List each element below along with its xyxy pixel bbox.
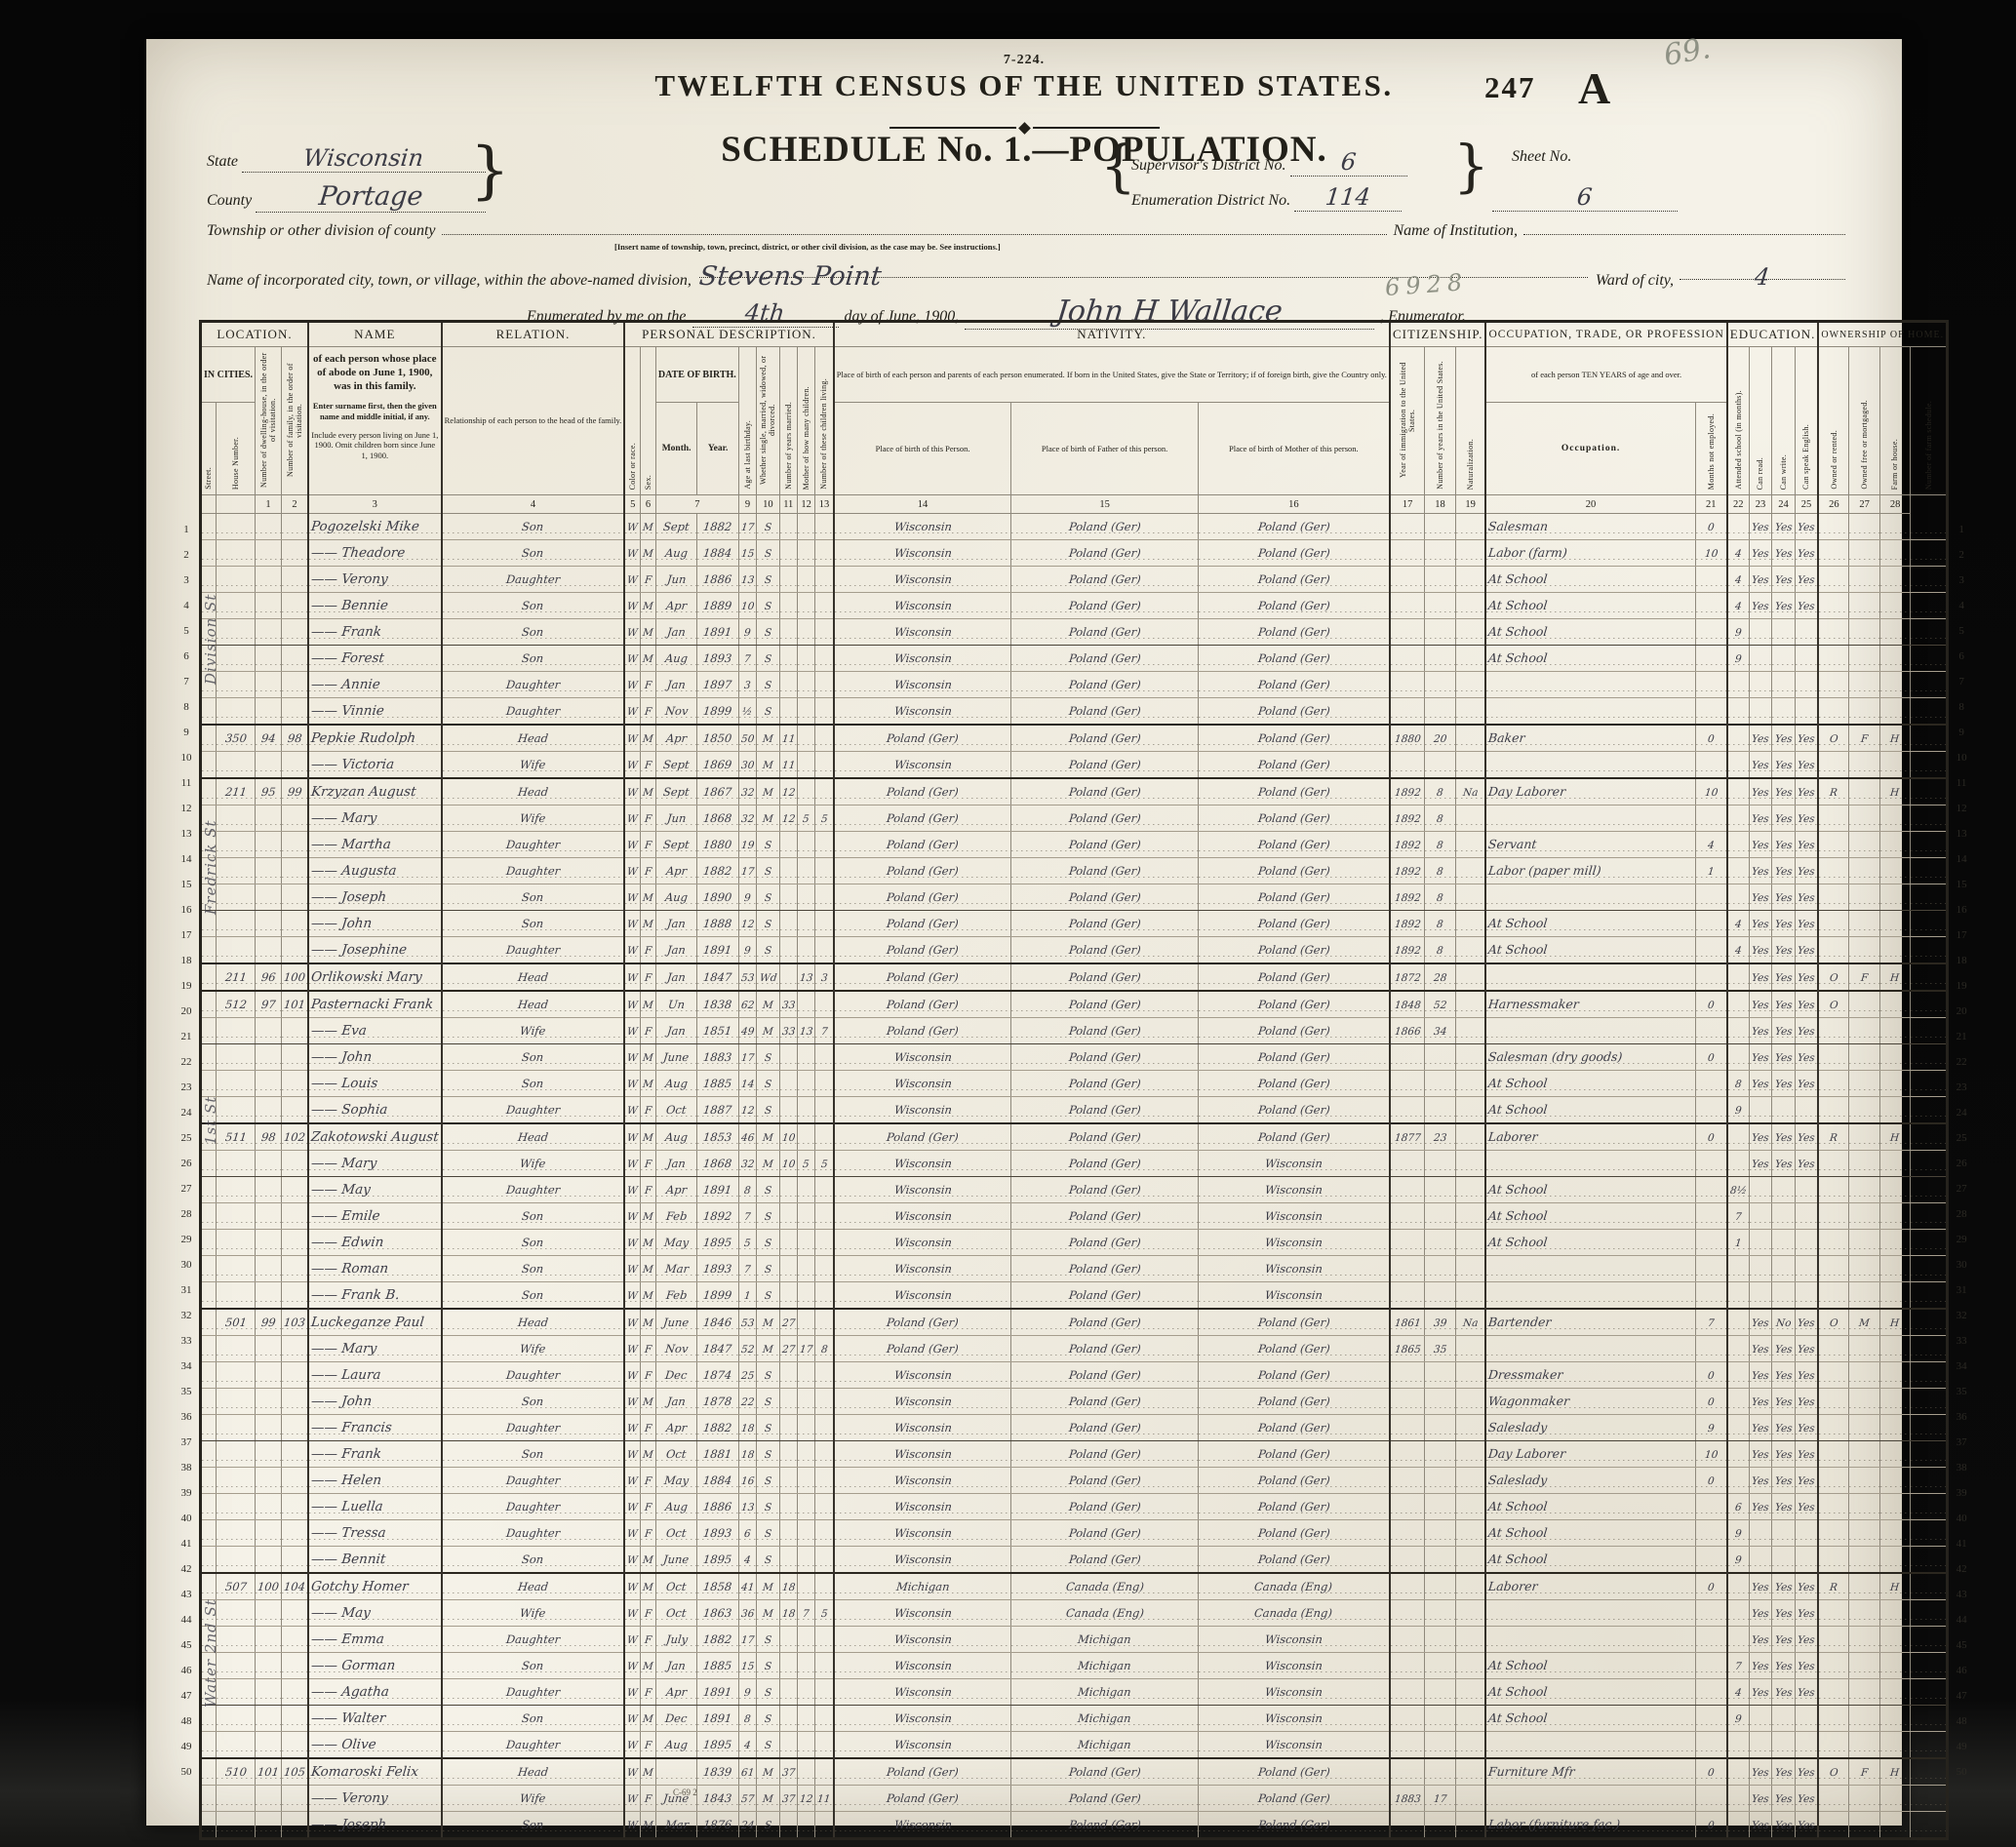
table-row: —— JosephineDaughterWFJan18919SPoland (G… xyxy=(201,937,1948,964)
cell-pob: Poland (Ger) xyxy=(834,1758,1011,1786)
cell-sch xyxy=(1727,1044,1750,1071)
cell-fh xyxy=(1879,1177,1910,1203)
cell-sex: M xyxy=(641,593,656,619)
cell-dw xyxy=(256,1520,282,1547)
cell-pob: Poland (Ger) xyxy=(834,911,1011,937)
cell-rel: Son xyxy=(442,911,625,937)
cell-fs xyxy=(1911,1653,1948,1679)
row-number: 15 xyxy=(1949,872,1974,897)
cell-own xyxy=(1818,1230,1848,1256)
cell-age: 1 xyxy=(738,1282,756,1310)
cell-fh xyxy=(1879,911,1910,937)
cell-bmo: Apr xyxy=(655,593,696,619)
cell-cl xyxy=(815,593,834,619)
cell-fam xyxy=(281,1468,307,1494)
cell-yus xyxy=(1425,752,1455,779)
cell-en: Yes xyxy=(1795,1415,1818,1441)
cell-yus xyxy=(1425,1071,1455,1097)
cell-fam xyxy=(281,937,307,964)
row-number: 44 xyxy=(174,1607,199,1632)
row-number: 22 xyxy=(174,1049,199,1075)
cell-cl xyxy=(815,911,834,937)
cell-byr: 1868 xyxy=(697,1151,738,1177)
cell-occ: Labor (furniture fac.) xyxy=(1485,1812,1695,1839)
cell-ym xyxy=(779,1468,797,1494)
cell-dw xyxy=(256,1812,282,1839)
column-number: 21 xyxy=(1695,495,1727,514)
cell-bmo: Jan xyxy=(655,1653,696,1679)
table-row: —— TheadoreSonWMAug188415SWisconsinPolan… xyxy=(201,540,1948,567)
cell-age: 10 xyxy=(738,593,756,619)
cell-pm: Poland (Ger) xyxy=(1198,514,1390,540)
row-number: 21 xyxy=(1949,1024,1974,1049)
cell-own xyxy=(1818,672,1848,698)
cell-fs xyxy=(1911,593,1948,619)
cell-rd: Yes xyxy=(1749,1044,1771,1071)
county-label: County xyxy=(207,192,252,209)
cell-name: —— Helen xyxy=(308,1468,442,1494)
cell-mc xyxy=(797,540,814,567)
cell-fam xyxy=(281,1044,307,1071)
cell-sch: 6 xyxy=(1727,1494,1750,1520)
cell-occ: At School xyxy=(1485,1520,1695,1547)
cell-wr: Yes xyxy=(1772,1812,1795,1839)
row-number: 12 xyxy=(1949,796,1974,821)
cell-pob: Poland (Ger) xyxy=(834,806,1011,832)
cell-fam xyxy=(281,832,307,858)
cell-sch xyxy=(1727,1812,1750,1839)
cell-rd: Yes xyxy=(1749,858,1771,884)
cell-ofm xyxy=(1849,1600,1879,1627)
cell-en: Yes xyxy=(1795,567,1818,593)
cell-fs xyxy=(1911,858,1948,884)
cell-yus xyxy=(1425,1230,1455,1256)
cell-pf: Poland (Ger) xyxy=(1011,1547,1198,1574)
cell-mne xyxy=(1695,593,1727,619)
cell-fh xyxy=(1879,1415,1910,1441)
cell-mc xyxy=(797,1573,814,1600)
cell-en: Yes xyxy=(1795,778,1818,806)
row-number: 29 xyxy=(1949,1227,1974,1252)
table-row: —— MaryWifeWFJan186832M1055WisconsinPola… xyxy=(201,1151,1948,1177)
cell-dw xyxy=(256,1203,282,1230)
cell-name: —— John xyxy=(308,1389,442,1415)
cell-rd: Yes xyxy=(1749,1389,1771,1415)
cell-wr: Yes xyxy=(1772,1679,1795,1706)
cell-imm xyxy=(1390,698,1425,726)
cell-fam xyxy=(281,1547,307,1574)
row-number: 26 xyxy=(174,1151,199,1176)
cell-sch xyxy=(1727,1732,1750,1759)
cell-bmo: Sept xyxy=(655,514,696,540)
cell-sex: F xyxy=(641,1679,656,1706)
cell-age: 62 xyxy=(738,991,756,1018)
cell-own: R xyxy=(1818,1123,1848,1151)
cell-pf: Canada (Eng) xyxy=(1011,1600,1198,1627)
cell-own xyxy=(1818,1282,1848,1310)
cell-ofm xyxy=(1849,1653,1879,1679)
cell-rd xyxy=(1749,1203,1771,1230)
cell-occ: Harnessmaker xyxy=(1485,991,1695,1018)
cell-rd xyxy=(1749,1732,1771,1759)
cell-own xyxy=(1818,937,1848,964)
column-number: 17 xyxy=(1390,495,1425,514)
cell-pf: Poland (Ger) xyxy=(1011,1071,1198,1097)
cell-own xyxy=(1818,1786,1848,1812)
header-farm-schedule: Number of farm schedule. xyxy=(1911,347,1948,495)
cell-dw xyxy=(256,540,282,567)
cell-ofm xyxy=(1849,1151,1879,1177)
cell-cl xyxy=(815,1706,834,1732)
cell-fs xyxy=(1911,1573,1948,1600)
header-relation-detail: Relationship of each person to the head … xyxy=(442,347,625,495)
cell-sex: F xyxy=(641,1520,656,1547)
cell-own xyxy=(1818,1336,1848,1362)
cell-byr: 1893 xyxy=(697,1256,738,1282)
cell-fs xyxy=(1911,619,1948,646)
cell-ym: 37 xyxy=(779,1786,797,1812)
cell-ym: 37 xyxy=(779,1758,797,1786)
cell-own: O xyxy=(1818,725,1848,752)
cell-bmo: Oct xyxy=(655,1441,696,1468)
cell-byr: 1850 xyxy=(697,725,738,752)
cell-yus: 52 xyxy=(1425,991,1455,1018)
cell-dw: 94 xyxy=(256,725,282,752)
cell-house: 507 xyxy=(217,1573,256,1600)
cell-race: W xyxy=(624,725,640,752)
table-row: —— WalterSonWMDec18918SWisconsinMichigan… xyxy=(201,1706,1948,1732)
cell-rel: Son xyxy=(442,884,625,911)
cell-yus: 8 xyxy=(1425,911,1455,937)
cell-nat xyxy=(1455,1177,1485,1203)
row-number: 19 xyxy=(1949,973,1974,999)
cell-wr: Yes xyxy=(1772,963,1795,991)
cell-house xyxy=(217,858,256,884)
cell-race: W xyxy=(624,1468,640,1494)
cell-en: Yes xyxy=(1795,752,1818,779)
cell-sex: M xyxy=(641,1653,656,1679)
cell-rd: Yes xyxy=(1749,778,1771,806)
cell-ofm: M xyxy=(1849,1309,1879,1336)
county-value-line: Portage xyxy=(256,181,486,213)
cell-ofm xyxy=(1849,1441,1879,1468)
cell-own xyxy=(1818,1415,1848,1441)
cell-imm xyxy=(1390,1758,1425,1786)
row-number: 36 xyxy=(1949,1404,1974,1430)
cell-en xyxy=(1795,1256,1818,1282)
cell-imm xyxy=(1390,1441,1425,1468)
table-row: 510101105Komaroski FelixHeadWM183961M37P… xyxy=(201,1758,1948,1786)
cell-house xyxy=(217,752,256,779)
cell-rel: Son xyxy=(442,1812,625,1839)
cell-fam xyxy=(281,1256,307,1282)
cell-house xyxy=(217,1177,256,1203)
cell-fs xyxy=(1911,1336,1948,1362)
row-number: 14 xyxy=(174,846,199,872)
column-number: 15 xyxy=(1011,495,1198,514)
cell-race: W xyxy=(624,672,640,698)
cell-name: —— Victoria xyxy=(308,752,442,779)
cell-ym xyxy=(779,619,797,646)
cell-pob: Poland (Ger) xyxy=(834,937,1011,964)
row-number: 5 xyxy=(1949,618,1974,644)
cell-rel: Son xyxy=(442,540,625,567)
cell-pob: Wisconsin xyxy=(834,1071,1011,1097)
cell-house xyxy=(217,1468,256,1494)
cell-race: W xyxy=(624,1389,640,1415)
cell-bmo: June xyxy=(655,1044,696,1071)
cell-ym xyxy=(779,858,797,884)
cell-own xyxy=(1818,1812,1848,1839)
cell-house xyxy=(217,672,256,698)
cell-pm: Poland (Ger) xyxy=(1198,1786,1390,1812)
cell-pob: Poland (Ger) xyxy=(834,1018,1011,1044)
cell-ym: 11 xyxy=(779,752,797,779)
cell-fh: H xyxy=(1879,1758,1910,1786)
cell-fam xyxy=(281,1679,307,1706)
cell-fh xyxy=(1879,1468,1910,1494)
cell-ofm xyxy=(1849,593,1879,619)
enumeration-label: Enumeration District No. xyxy=(1131,192,1290,209)
cell-cl xyxy=(815,1520,834,1547)
cell-sex: M xyxy=(641,1230,656,1256)
cell-wr: Yes xyxy=(1772,567,1795,593)
cell-sex: M xyxy=(641,1547,656,1574)
cell-ym xyxy=(779,1812,797,1839)
cell-mne xyxy=(1695,1203,1727,1230)
row-number: 24 xyxy=(1949,1100,1974,1125)
cell-house xyxy=(217,937,256,964)
header-can-english: Can speak English. xyxy=(1795,347,1818,495)
cell-en: Yes xyxy=(1795,1494,1818,1520)
cell-ym xyxy=(779,1627,797,1653)
cell-cl xyxy=(815,540,834,567)
cell-pm: Wisconsin xyxy=(1198,1653,1390,1679)
cell-occ xyxy=(1485,672,1695,698)
cell-dw xyxy=(256,806,282,832)
cell-en: Yes xyxy=(1795,1309,1818,1336)
cell-yus xyxy=(1425,672,1455,698)
supervisor-label: Supervisor's District No. xyxy=(1131,157,1286,174)
cell-pf: Poland (Ger) xyxy=(1011,911,1198,937)
cell-mc: 5 xyxy=(797,806,814,832)
cell-fs xyxy=(1911,1786,1948,1812)
cell-name: Pepkie Rudolph xyxy=(308,725,442,752)
cell-name: —— Bennie xyxy=(308,593,442,619)
cell-occ xyxy=(1485,1732,1695,1759)
cell-age: 15 xyxy=(738,1653,756,1679)
cell-bmo: Sept xyxy=(655,778,696,806)
row-number: 8 xyxy=(1949,694,1974,720)
ward-label: Ward of city, xyxy=(1596,272,1674,290)
cell-sch xyxy=(1727,1415,1750,1441)
cell-fh: H xyxy=(1879,778,1910,806)
cell-byr: 1895 xyxy=(697,1230,738,1256)
supervisor-value-line: 6 xyxy=(1290,148,1407,177)
cell-wr: Yes xyxy=(1772,911,1795,937)
cell-fh xyxy=(1879,1812,1910,1839)
cell-house xyxy=(217,1151,256,1177)
cell-dw xyxy=(256,1018,282,1044)
cell-yus: 8 xyxy=(1425,806,1455,832)
cell-rd: Yes xyxy=(1749,832,1771,858)
header-name-detail: of each person whose place of abode on J… xyxy=(308,347,442,495)
cell-bmo: Jan xyxy=(655,1151,696,1177)
cell-race: W xyxy=(624,1653,640,1679)
cell-ym xyxy=(779,593,797,619)
cell-occ: At School xyxy=(1485,1706,1695,1732)
cell-pob: Wisconsin xyxy=(834,1732,1011,1759)
cell-ym xyxy=(779,884,797,911)
cell-bmo: Mar xyxy=(655,1812,696,1839)
cell-yus: 8 xyxy=(1425,832,1455,858)
row-number: 20 xyxy=(1949,999,1974,1024)
cell-pob: Wisconsin xyxy=(834,593,1011,619)
cell-mne xyxy=(1695,1230,1727,1256)
cell-rel: Son xyxy=(442,1389,625,1415)
cell-ofm xyxy=(1849,778,1879,806)
cell-pob: Wisconsin xyxy=(834,1468,1011,1494)
cell-pf: Poland (Ger) xyxy=(1011,1520,1198,1547)
cell-age: 17 xyxy=(738,858,756,884)
cell-fam xyxy=(281,1600,307,1627)
row-number: 31 xyxy=(1949,1277,1974,1303)
cell-sch: 4 xyxy=(1727,567,1750,593)
cell-name: —— Edwin xyxy=(308,1230,442,1256)
cell-fam xyxy=(281,672,307,698)
cell-byr: 1863 xyxy=(697,1600,738,1627)
cell-pf: Poland (Ger) xyxy=(1011,1362,1198,1389)
cell-byr: 1843 xyxy=(697,1786,738,1812)
cell-imm: 1892 xyxy=(1390,911,1425,937)
header-years-us: Number of years in the United States. xyxy=(1425,347,1455,495)
row-number: 40 xyxy=(174,1506,199,1531)
cell-wr: Yes xyxy=(1772,1627,1795,1653)
cell-dw xyxy=(256,567,282,593)
cell-nat xyxy=(1455,1256,1485,1282)
table-row: —— BennitSonWMJune18954SWisconsinPoland … xyxy=(201,1547,1948,1574)
cell-rel: Daughter xyxy=(442,672,625,698)
cell-mne xyxy=(1695,1706,1727,1732)
cell-cl xyxy=(815,1653,834,1679)
cell-sex: F xyxy=(641,698,656,726)
cell-wr xyxy=(1772,646,1795,672)
cell-sex: M xyxy=(641,1203,656,1230)
cell-sch xyxy=(1727,752,1750,779)
cell-en: Yes xyxy=(1795,1758,1818,1786)
cell-fh xyxy=(1879,1256,1910,1282)
cell-ofm xyxy=(1849,698,1879,726)
cell-cl xyxy=(815,1256,834,1282)
cell-nat xyxy=(1455,672,1485,698)
cell-pf: Michigan xyxy=(1011,1679,1198,1706)
cell-fam xyxy=(281,1653,307,1679)
row-number: 17 xyxy=(174,923,199,948)
cell-pob: Wisconsin xyxy=(834,1627,1011,1653)
row-number: 33 xyxy=(174,1328,199,1354)
cell-rel: Daughter xyxy=(442,1097,625,1124)
cell-mne xyxy=(1695,1018,1727,1044)
cell-pf: Poland (Ger) xyxy=(1011,937,1198,964)
cell-en xyxy=(1795,1520,1818,1547)
cell-pf: Poland (Ger) xyxy=(1011,1282,1198,1310)
cell-bmo: Jan xyxy=(655,1389,696,1415)
cell-rd: Yes xyxy=(1749,884,1771,911)
cell-mar: S xyxy=(757,1812,779,1839)
cell-wr: Yes xyxy=(1772,1573,1795,1600)
cell-sch: 1 xyxy=(1727,1230,1750,1256)
cell-house xyxy=(217,1018,256,1044)
cell-imm xyxy=(1390,1600,1425,1627)
cell-cl xyxy=(815,991,834,1018)
cell-own xyxy=(1818,1256,1848,1282)
cell-fh xyxy=(1879,1441,1910,1468)
cell-byr: 1882 xyxy=(697,1627,738,1653)
cell-bmo: Sept xyxy=(655,832,696,858)
cell-ym xyxy=(779,1389,797,1415)
cell-byr: 1880 xyxy=(697,832,738,858)
cell-bmo: July xyxy=(655,1627,696,1653)
cell-fs xyxy=(1911,1071,1948,1097)
cell-mne xyxy=(1695,1256,1727,1282)
row-number: 20 xyxy=(174,999,199,1024)
cell-yus xyxy=(1425,1600,1455,1627)
cell-ym xyxy=(779,698,797,726)
cell-wr: Yes xyxy=(1772,1758,1795,1786)
cell-sch xyxy=(1727,1151,1750,1177)
cell-pob: Wisconsin xyxy=(834,1706,1011,1732)
cell-bmo: Mar xyxy=(655,1256,696,1282)
cell-rd: Yes xyxy=(1749,567,1771,593)
cell-wr: Yes xyxy=(1772,1441,1795,1468)
cell-pob: Wisconsin xyxy=(834,540,1011,567)
cell-pm: Wisconsin xyxy=(1198,1203,1390,1230)
cell-sch: 8½ xyxy=(1727,1177,1750,1203)
cell-en: Yes xyxy=(1795,884,1818,911)
cell-age: 53 xyxy=(738,963,756,991)
cell-ym: 27 xyxy=(779,1309,797,1336)
cell-pob: Wisconsin xyxy=(834,1547,1011,1574)
cell-own: O xyxy=(1818,1309,1848,1336)
cell-en: Yes xyxy=(1795,1600,1818,1627)
cell-fs xyxy=(1911,1812,1948,1839)
cell-pob: Wisconsin xyxy=(834,1679,1011,1706)
cell-byr: 1888 xyxy=(697,911,738,937)
cell-en xyxy=(1795,672,1818,698)
cell-imm xyxy=(1390,1044,1425,1071)
cell-name: —— Emile xyxy=(308,1203,442,1230)
cell-bmo: Oct xyxy=(655,1097,696,1124)
cell-nat xyxy=(1455,1653,1485,1679)
cell-fh xyxy=(1879,806,1910,832)
cell-sex: F xyxy=(641,858,656,884)
cell-yus xyxy=(1425,1573,1455,1600)
cell-ym xyxy=(779,1679,797,1706)
cell-age: 57 xyxy=(738,1786,756,1812)
cell-yus xyxy=(1425,1203,1455,1230)
cell-byr: 1876 xyxy=(697,1812,738,1839)
cell-rd: Yes xyxy=(1749,1123,1771,1151)
cell-mar: S xyxy=(757,1653,779,1679)
cell-sch xyxy=(1727,1389,1750,1415)
cell-name: —— Verony xyxy=(308,1786,442,1812)
cell-rd xyxy=(1749,619,1771,646)
footer-print-mark: C-69 2 xyxy=(673,1788,697,1797)
cell-dw xyxy=(256,1097,282,1124)
cell-house xyxy=(217,1044,256,1071)
cell-bmo: Aug xyxy=(655,884,696,911)
cell-own xyxy=(1818,1018,1848,1044)
